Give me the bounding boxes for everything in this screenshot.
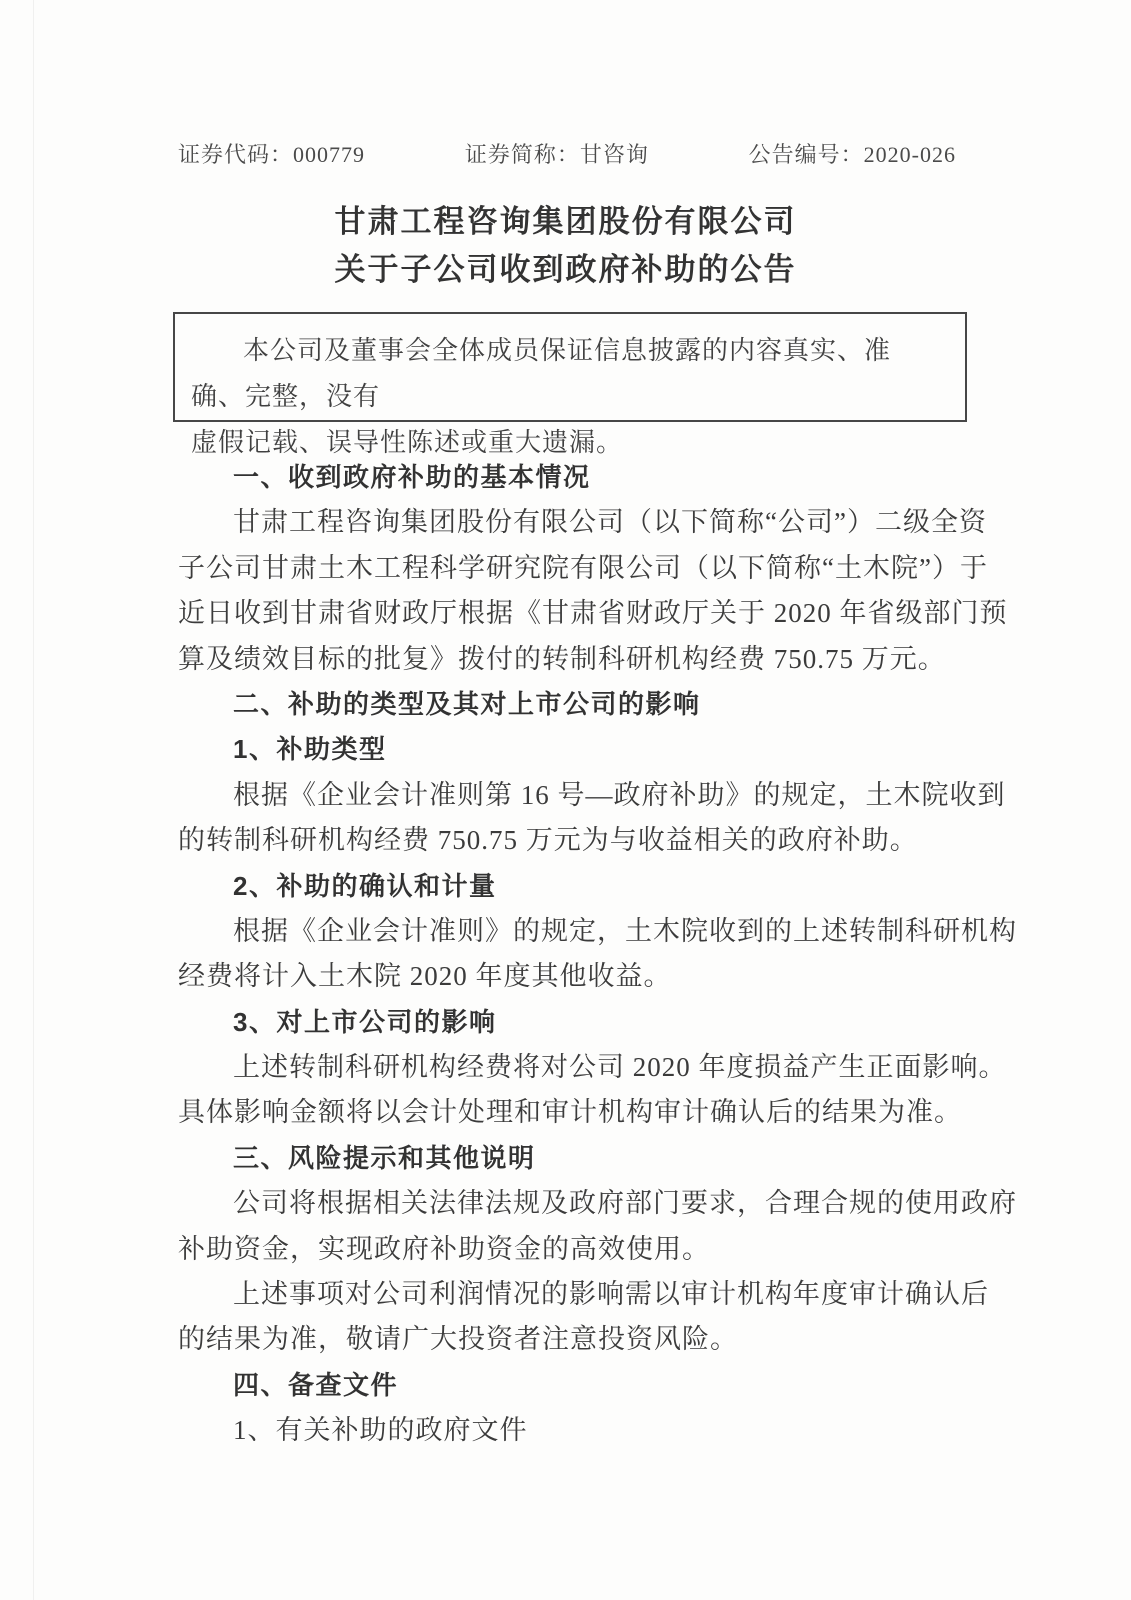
- body-line: 近日收到甘肃省财政厅根据《甘肃省财政厅关于 2020 年省级部门预: [178, 591, 968, 636]
- body-line: 公司将根据相关法律法规及政府部门要求，合理合规的使用政府: [178, 1181, 968, 1226]
- body-line: 上述事项对公司利润情况的影响需以审计机构年度审计确认后: [178, 1272, 968, 1317]
- subsection-heading-2-2: 2、补助的确认和计量: [178, 864, 968, 909]
- body-line: 的结果为准，敬请广大投资者注意投资风险。: [178, 1317, 968, 1362]
- body-line: 经费将计入土木院 2020 年度其他收益。: [178, 954, 968, 999]
- subsection-heading-2-1: 1、补助类型: [178, 727, 968, 772]
- subsection-heading-2-3: 3、对上市公司的影响: [178, 1000, 968, 1045]
- stock-abbr: 证券简称：甘咨询: [465, 138, 649, 169]
- section-heading-4: 四、备查文件: [178, 1363, 968, 1408]
- body-line: 算及绩效目标的批复》拨付的转制科研机构经费 750.75 万元。: [178, 637, 968, 682]
- body-line: 补助资金，实现政府补助资金的高效使用。: [178, 1227, 968, 1272]
- body-line: 根据《企业会计准则》的规定，土木院收到的上述转制科研机构: [178, 909, 968, 954]
- section-heading-3: 三、风险提示和其他说明: [178, 1136, 968, 1181]
- body-line: 根据《企业会计准则第 16 号—政府补助》的规定，土木院收到: [178, 773, 968, 818]
- document-title-line1: 甘肃工程咨询集团股份有限公司: [0, 198, 1131, 246]
- securities-meta-row: 证券代码：000779 证券简称：甘咨询 公告编号：2020-026: [178, 138, 956, 169]
- document-body: 一、收到政府补助的基本情况甘肃工程咨询集团股份有限公司（以下简称“公司”）二级全…: [178, 455, 968, 1454]
- document-title-line2: 关于子公司收到政府补助的公告: [0, 246, 1131, 294]
- announcement-page: 证券代码：000779 证券简称：甘咨询 公告编号：2020-026 甘肃工程咨…: [0, 0, 1131, 1600]
- section-heading-1: 一、收到政府补助的基本情况: [178, 455, 968, 500]
- body-line: 甘肃工程咨询集团股份有限公司（以下简称“公司”）二级全资: [178, 500, 968, 545]
- stock-code: 证券代码：000779: [178, 138, 365, 169]
- document-title: 甘肃工程咨询集团股份有限公司 关于子公司收到政府补助的公告: [0, 198, 1131, 294]
- announcement-number: 公告编号：2020-026: [749, 138, 956, 169]
- body-line: 上述转制科研机构经费将对公司 2020 年度损益产生正面影响。: [178, 1045, 968, 1090]
- body-line: 子公司甘肃土木工程科学研究院有限公司（以下简称“土木院”）于: [178, 546, 968, 591]
- disclaimer-line1: 本公司及董事会全体成员保证信息披露的内容真实、准确、完整，没有: [191, 328, 941, 420]
- disclaimer-box: 本公司及董事会全体成员保证信息披露的内容真实、准确、完整，没有 虚假记载、误导性…: [173, 312, 967, 422]
- body-line: 的转制科研机构经费 750.75 万元为与收益相关的政府补助。: [178, 818, 968, 863]
- section-heading-2: 二、补助的类型及其对上市公司的影响: [178, 682, 968, 727]
- body-line: 具体影响金额将以会计处理和审计机构审计确认后的结果为准。: [178, 1090, 968, 1135]
- list-item-4-1: 1、有关补助的政府文件: [178, 1408, 968, 1453]
